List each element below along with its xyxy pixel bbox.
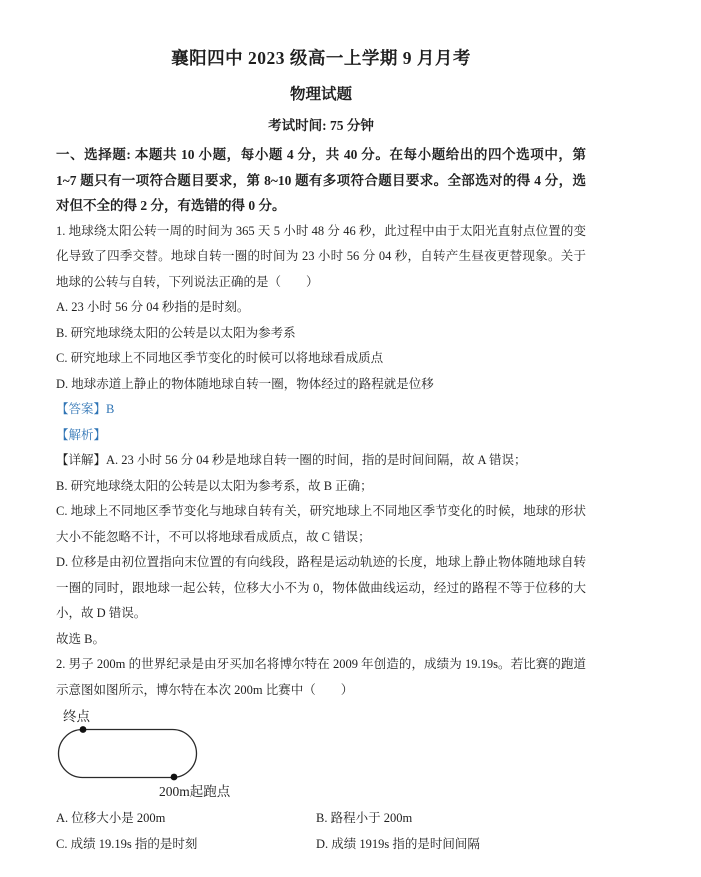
question-1-option-d: D. 地球赤道上静止的物体随地球自转一圈，物体经过的路程就是位移 bbox=[56, 372, 586, 398]
page-subtitle: 物理试题 bbox=[56, 83, 586, 107]
detail-line-a: 【详解】A. 23 小时 56 分 04 秒是地球自转一圈的时间，指的是时间间隔… bbox=[56, 448, 586, 474]
analysis-label: 【解析】 bbox=[56, 423, 586, 449]
section-instructions: 一、选择题: 本题共 10 小题，每小题 4 分，共 40 分。在每小题给出的四… bbox=[56, 142, 586, 219]
answer-line: 【答案】B bbox=[56, 397, 586, 423]
question-2-option-d: D. 成绩 1919s 指的是时间间隔 bbox=[316, 832, 586, 858]
track-diagram-figure: 终点 200m起跑点 bbox=[56, 706, 586, 803]
exam-document: 襄阳四中 2023 级高一上学期 9 月月考 物理试题 考试时间: 75 分钟 … bbox=[56, 46, 586, 857]
question-2-option-a: A. 位移大小是 200m bbox=[56, 806, 316, 832]
track-oval bbox=[59, 730, 197, 778]
finish-point-dot bbox=[80, 726, 87, 733]
finish-point-label: 终点 bbox=[63, 708, 90, 724]
question-2: 2. 男子 200m 的世界纪录是由牙买加名将博尔特在 2009 年创造的，成绩… bbox=[56, 652, 586, 857]
start-point-dot bbox=[171, 774, 178, 781]
page-title: 襄阳四中 2023 级高一上学期 9 月月考 bbox=[56, 46, 586, 70]
question-1-stem: 1. 地球绕太阳公转一周的时间为 365 天 5 小时 48 分 46 秒，此过… bbox=[56, 219, 586, 296]
question-2-option-c: C. 成绩 19.19s 指的是时刻 bbox=[56, 832, 316, 858]
detail-line-d: D. 位移是由初位置指向末位置的有向线段，路程是运动轨迹的长度，地球上静止物体随… bbox=[56, 550, 586, 627]
start-point-label: 200m起跑点 bbox=[159, 783, 231, 799]
question-1-option-a: A. 23 小时 56 分 04 秒指的是时刻。 bbox=[56, 295, 586, 321]
detail-line-b: B. 研究地球绕太阳的公转是以太阳为参考系，故 B 正确； bbox=[56, 474, 586, 500]
answer-label: 【答案】 bbox=[56, 402, 106, 416]
detail-line-c: C. 地球上不同地区季节变化与地球自转有关，研究地球上不同地区季节变化的时候，地… bbox=[56, 499, 586, 550]
answer-value: B bbox=[106, 402, 114, 416]
question-1-option-c: C. 研究地球上不同地区季节变化的时候可以将地球看成质点 bbox=[56, 346, 586, 372]
question-2-stem: 2. 男子 200m 的世界纪录是由牙买加名将博尔特在 2009 年创造的，成绩… bbox=[56, 652, 586, 703]
question-2-options: A. 位移大小是 200m B. 路程小于 200m C. 成绩 19.19s … bbox=[56, 806, 586, 857]
question-1: 1. 地球绕太阳公转一周的时间为 365 天 5 小时 48 分 46 秒，此过… bbox=[56, 219, 586, 653]
question-2-option-b: B. 路程小于 200m bbox=[316, 806, 586, 832]
conclusion-line: 故选 B。 bbox=[56, 627, 586, 653]
question-1-option-b: B. 研究地球绕太阳的公转是以太阳为参考系 bbox=[56, 321, 586, 347]
exam-time: 考试时间: 75 分钟 bbox=[56, 115, 586, 137]
track-diagram: 终点 200m起跑点 bbox=[56, 706, 306, 803]
